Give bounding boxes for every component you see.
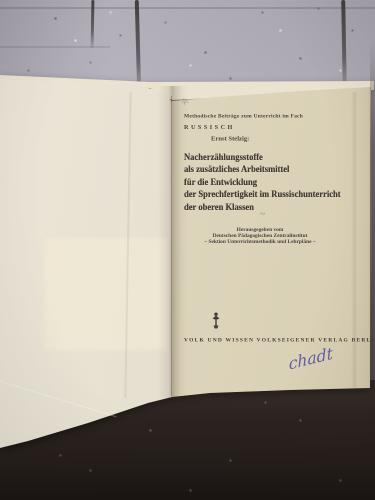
publisher-imprint: VOLK UND WISSEN VOLKSEIGENER VERLAG BERL… bbox=[184, 337, 375, 343]
editor-block: Herausgegeben vom Deutschen Pädagogische… bbox=[185, 226, 335, 244]
pencil-tick: ~ bbox=[260, 209, 265, 220]
book-title: Nacherzählungsstoffe als zusätzliches Ar… bbox=[184, 151, 341, 213]
publisher-logo-icon bbox=[210, 312, 222, 330]
page-show-through bbox=[45, 238, 167, 350]
book-gutter-shadow bbox=[158, 86, 188, 398]
author-name: Ernst Stelzig: bbox=[211, 135, 249, 142]
title-line: der Sprechfertigkeit im Russischunterric… bbox=[184, 188, 341, 200]
editor-line: – Sektion Unterrichtsmethodik und Lehrpl… bbox=[185, 238, 335, 244]
pencil-annotation: ip. bbox=[182, 97, 189, 105]
series-subject: RUSSISCH bbox=[184, 124, 235, 131]
title-line: als zusätzliches Arbeitsmittel bbox=[184, 163, 341, 175]
book-gutter-line bbox=[171, 96, 172, 396]
photo-of-book-title-page: ip. Methodische Beiträge zum Unterricht … bbox=[0, 0, 375, 500]
series-line: Methodische Beiträge zum Unterricht im F… bbox=[184, 113, 303, 119]
title-page-crease bbox=[351, 92, 358, 388]
title-line: Nacherzählungsstoffe bbox=[184, 151, 341, 163]
title-line: für die Entwicklung bbox=[184, 176, 341, 188]
